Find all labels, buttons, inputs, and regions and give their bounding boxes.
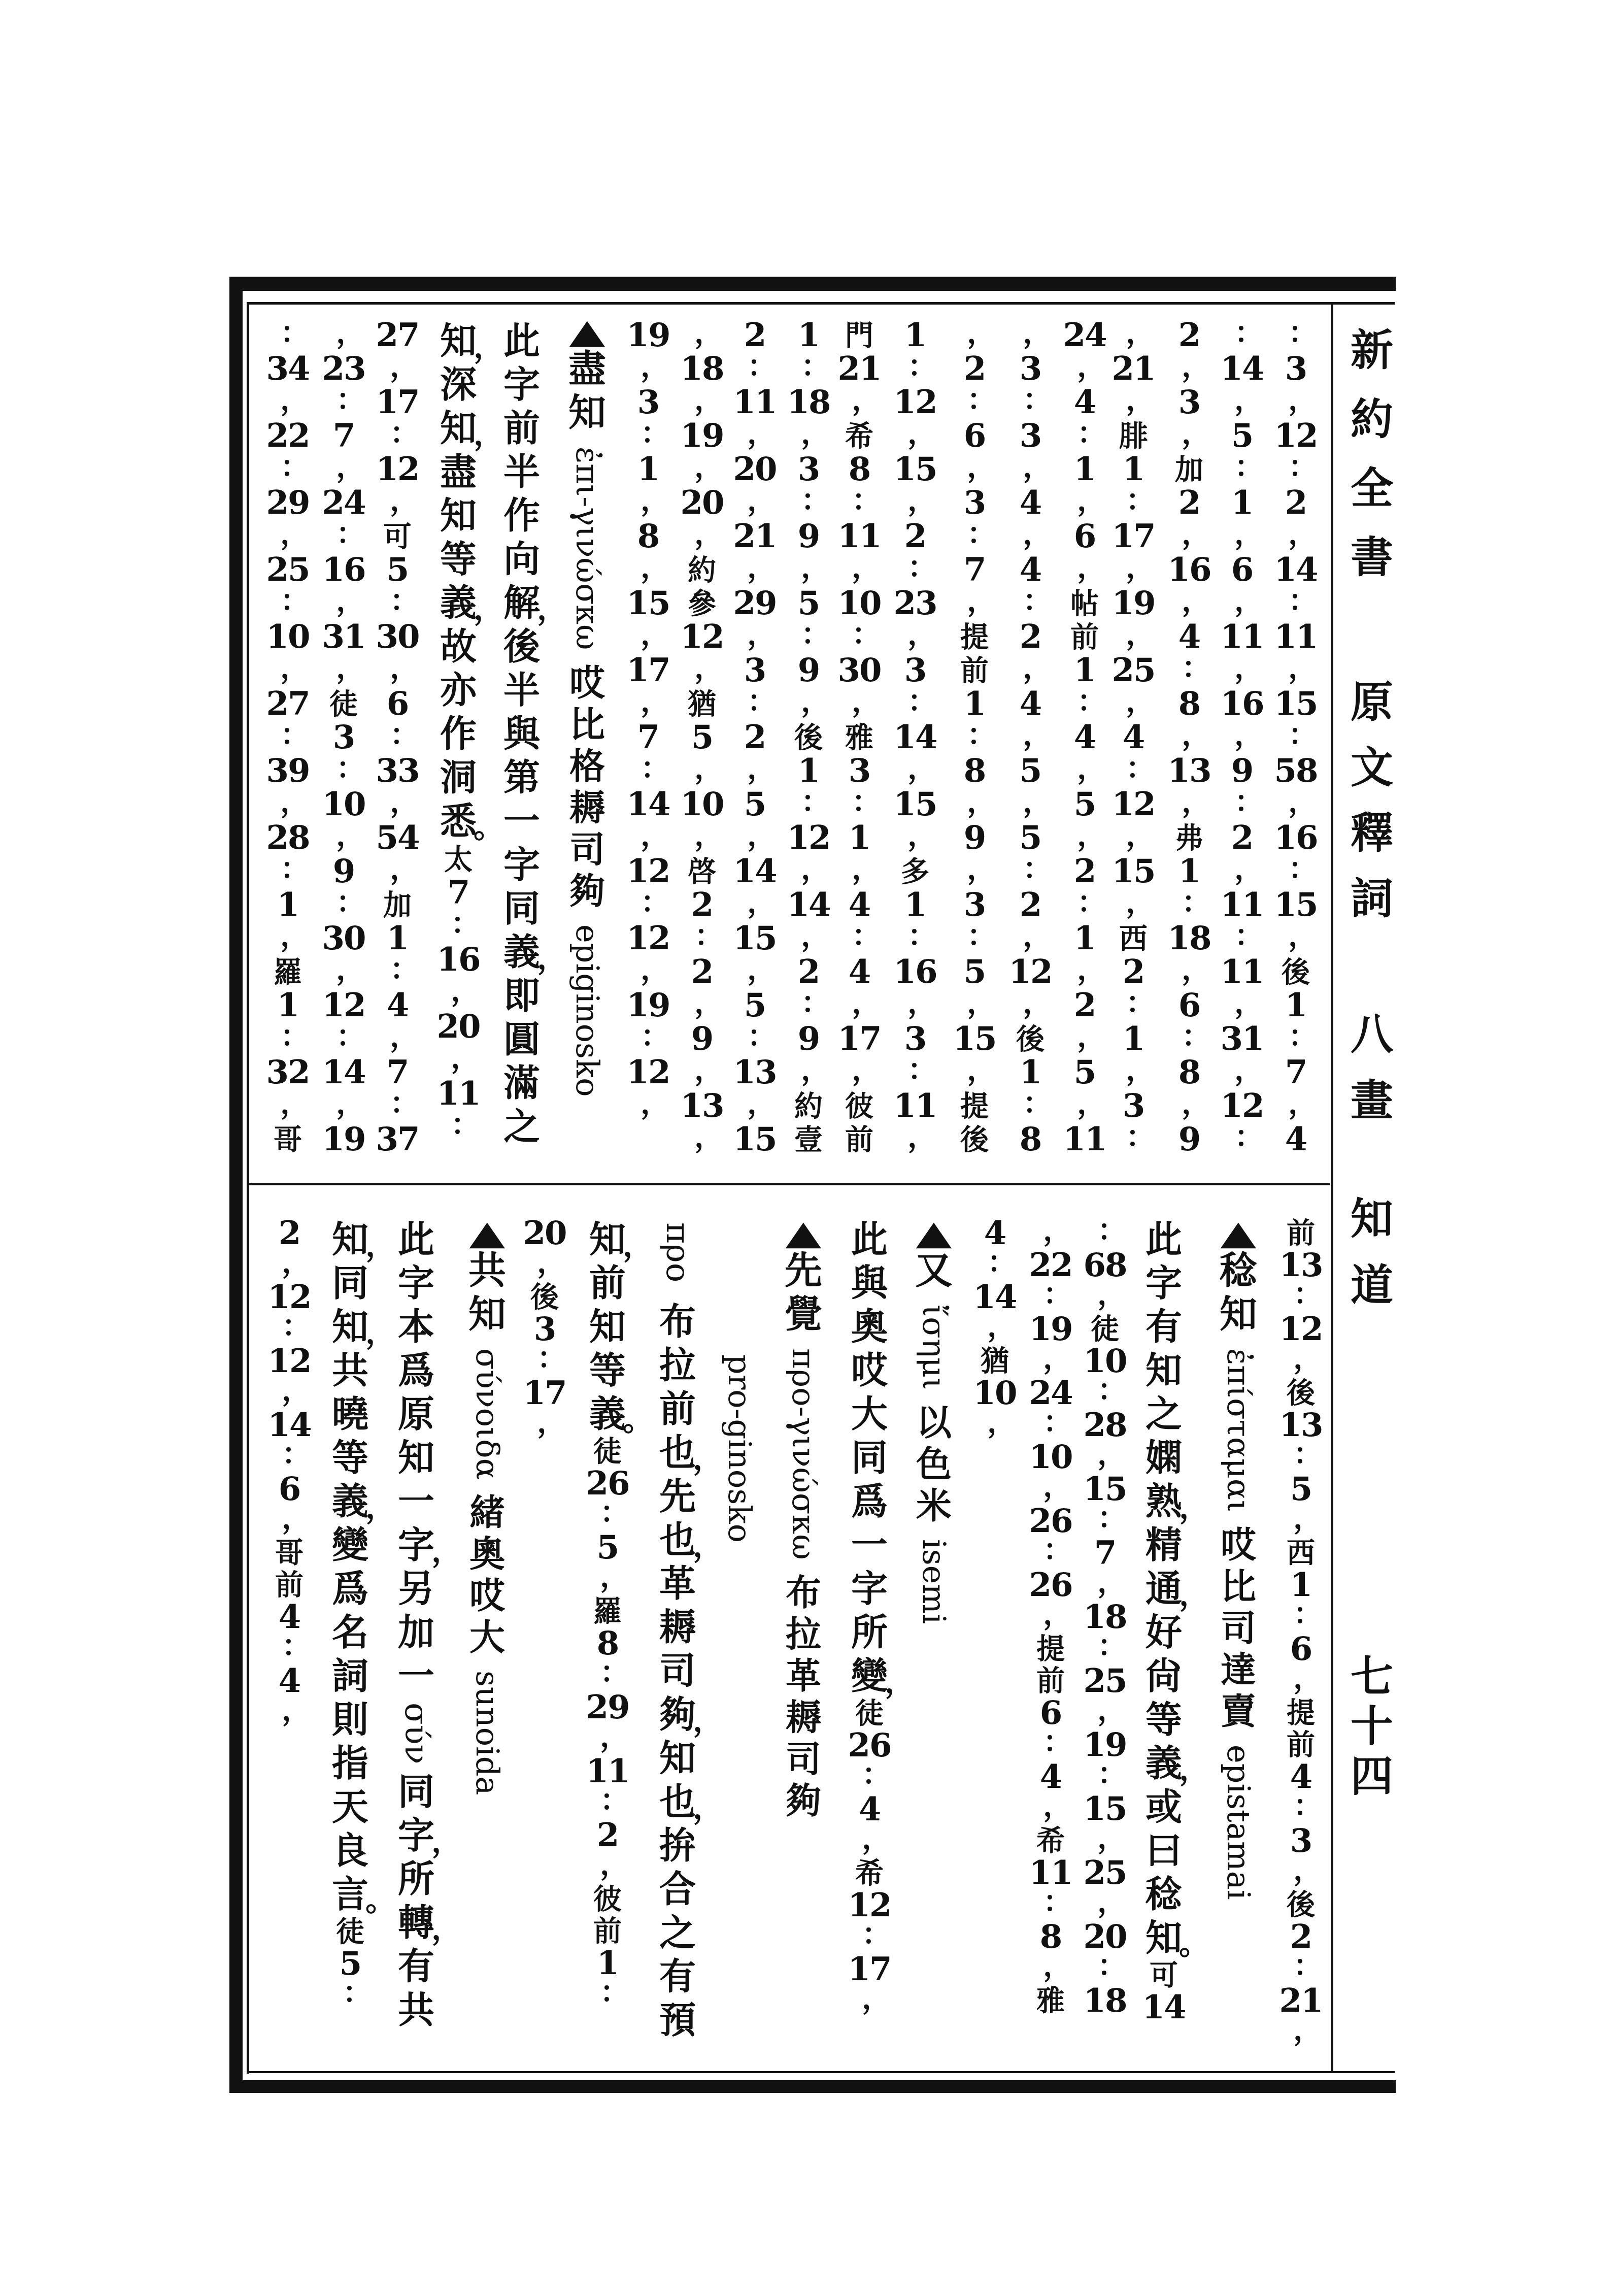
glyph-token: 知 bbox=[1146, 1916, 1182, 1959]
glyph-token: ， bbox=[282, 1246, 311, 1278]
glyph-token: 徒 bbox=[855, 1698, 884, 1729]
glyph-token: ： bbox=[537, 1342, 566, 1374]
glyph-token: 此 bbox=[851, 1217, 888, 1261]
glyph-token: 此 bbox=[398, 1217, 434, 1261]
entry-heading-gongzhi: ▲ 共知 σύνοιδα 緒奧哎大 sunoida bbox=[457, 1217, 518, 1795]
glyph-token: 詞 bbox=[332, 1654, 368, 1698]
glyph-token: ， bbox=[1293, 1662, 1323, 1694]
glyph-token: 徒 bbox=[336, 1916, 364, 1948]
entry-heading-you: ▲ 又 ἴσημι 以色米 isemi bbox=[903, 1217, 964, 1624]
glyph-token: 字 bbox=[398, 1813, 434, 1857]
glyph-token: 本 bbox=[398, 1305, 434, 1348]
lower-column-4: ：68，徒10：28，15：7，18：25，19：15，25，20：18 bbox=[1074, 1217, 1135, 2017]
glyph-token: 知 bbox=[589, 1217, 626, 1261]
glyph-token: 大 bbox=[851, 1392, 888, 1436]
glyph-token: 尙 bbox=[1146, 1654, 1182, 1698]
glyph-token: ἐπίσταμαι bbox=[1223, 1348, 1254, 1512]
glyph-token: 同 bbox=[398, 1770, 434, 1813]
glyph-token: ： bbox=[862, 1918, 891, 1950]
glyph-token: 色 bbox=[916, 1444, 952, 1485]
glyph-token: 原 bbox=[398, 1392, 434, 1436]
glyph-token: epistamai bbox=[1223, 1745, 1254, 1900]
glyph-token: 後 bbox=[1287, 1377, 1315, 1409]
glyph-token: 希 bbox=[855, 1857, 884, 1889]
glyph-token: 指 bbox=[332, 1741, 368, 1785]
glyph-token: 有 bbox=[1146, 1305, 1182, 1348]
glyph-token: ： bbox=[987, 1246, 1017, 1278]
glyph-token: 前 bbox=[1287, 1729, 1315, 1761]
glyph-token: 米 bbox=[916, 1485, 952, 1527]
glyph-token: 曉 bbox=[332, 1392, 368, 1436]
glyph-token: 也 bbox=[659, 1518, 696, 1561]
glyph-token: 變 bbox=[332, 1523, 368, 1567]
glyph-token: 一 bbox=[851, 1523, 888, 1567]
glyph-token: ： bbox=[1293, 1438, 1323, 1470]
glyph-token: ： bbox=[600, 1784, 629, 1816]
glyph-token: 提 bbox=[1036, 1633, 1065, 1665]
glyph-token: 熟 bbox=[1146, 1479, 1182, 1523]
glyph-token: ： bbox=[1043, 1406, 1072, 1438]
glyph-token: ， bbox=[1293, 1854, 1323, 1886]
glyph-token: 羅 bbox=[593, 1595, 622, 1627]
glyph-token: 嫻 bbox=[1146, 1436, 1182, 1479]
glyph-token: 徒 bbox=[1091, 1313, 1119, 1345]
glyph-token: isemi bbox=[918, 1539, 950, 1624]
glyph-token: 前 bbox=[275, 1569, 304, 1601]
glyph-token: ， bbox=[282, 1374, 311, 1406]
glyph-token: 共 bbox=[398, 1988, 434, 2032]
glyph-token: ： bbox=[1293, 1950, 1323, 1982]
glyph-token: ： bbox=[1097, 1630, 1127, 1662]
glyph-token: ， bbox=[600, 1560, 629, 1592]
glyph-token: ， bbox=[1293, 1342, 1323, 1374]
glyph-token: 預 bbox=[659, 1998, 696, 2042]
glyph-token: 知 bbox=[332, 1217, 368, 1261]
glyph-token: 西 bbox=[1287, 1537, 1315, 1569]
glyph-token: ， bbox=[1293, 1502, 1323, 1534]
glyph-token: ， bbox=[1097, 1822, 1127, 1854]
glyph-token: 則 bbox=[332, 1698, 368, 1741]
glyph-token: ： bbox=[600, 1656, 629, 1688]
glyph-token: 哎 bbox=[1221, 1524, 1256, 1566]
glyph-token: 與 bbox=[851, 1261, 888, 1305]
glyph-token: ： bbox=[1293, 1278, 1323, 1310]
glyph-token: 義 bbox=[332, 1479, 368, 1523]
glyph-token: ， bbox=[1097, 1438, 1127, 1470]
glyph-token: 可 bbox=[1150, 1959, 1178, 1991]
glyph-token: 字 bbox=[1146, 1261, 1182, 1305]
glyph-token: ： bbox=[1097, 1502, 1127, 1534]
glyph-token: 爲 bbox=[332, 1567, 368, 1610]
glyph-token: ： bbox=[862, 1758, 891, 1790]
lower-column-13: 20，後3：17， bbox=[514, 1217, 575, 1441]
glyph-token: 等 bbox=[589, 1348, 626, 1392]
glyph-token: 前 bbox=[589, 1261, 626, 1305]
glyph-token: ， bbox=[1043, 1342, 1072, 1374]
glyph-token: 爲 bbox=[398, 1348, 434, 1392]
glyph-token: 哎 bbox=[851, 1348, 888, 1392]
glyph-token: 雅 bbox=[1036, 1985, 1065, 2017]
glyph-token: ， bbox=[282, 1502, 311, 1534]
glyph-token: 希 bbox=[1036, 1825, 1065, 1857]
glyph-token: 所 bbox=[398, 1857, 434, 1901]
glyph-token: ， bbox=[1097, 1278, 1127, 1310]
glyph-token: ， bbox=[537, 1406, 566, 1438]
glyph-token: 14 bbox=[1142, 1991, 1185, 2023]
glyph-token: 知 bbox=[589, 1305, 626, 1348]
glyph-token: 知 bbox=[332, 1305, 368, 1348]
glyph-token: ἴσημι bbox=[918, 1305, 950, 1390]
glyph-token: 一 bbox=[398, 1479, 434, 1523]
glyph-token: 所 bbox=[851, 1610, 888, 1654]
glyph-token: 前 bbox=[659, 1387, 696, 1430]
glyph-token: ， bbox=[282, 1694, 311, 1726]
glyph-token: 覺 bbox=[785, 1292, 822, 1336]
glyph-token: 合 bbox=[659, 1867, 696, 1911]
glyph-token: 18 bbox=[1083, 1985, 1126, 2017]
glyph-token: 奧 bbox=[469, 1534, 505, 1575]
glyph-token: 義 bbox=[1146, 1741, 1182, 1785]
glyph-token: ， bbox=[1043, 1790, 1072, 1822]
glyph-token: sunoida bbox=[471, 1671, 503, 1795]
glyph-token: ： bbox=[1043, 1886, 1072, 1918]
lower-column-8: 此與奧哎大同爲一字所變， 徒26：4，希12：17， bbox=[839, 1217, 900, 2017]
glyph-token: 拉 bbox=[659, 1343, 696, 1387]
glyph-token: 夠 bbox=[786, 1780, 821, 1822]
glyph-token: 轉 bbox=[398, 1901, 434, 1944]
glyph-token: προ bbox=[661, 1217, 694, 1287]
glyph-token: 知 bbox=[1146, 1348, 1182, 1392]
glyph-token: ， bbox=[600, 1720, 629, 1752]
glyph-token: ▲ bbox=[1221, 1222, 1257, 1245]
glyph-token: 好 bbox=[1146, 1610, 1182, 1654]
glyph-token: 共 bbox=[468, 1249, 506, 1292]
glyph-token: 有 bbox=[398, 1944, 434, 1988]
glyph-token: σύν bbox=[400, 1698, 432, 1770]
glyph-token: 提 bbox=[1287, 1697, 1315, 1729]
glyph-token: 知 bbox=[468, 1292, 506, 1336]
glyph-token: 奧 bbox=[851, 1305, 888, 1348]
glyph-token: σύνοιδα bbox=[471, 1348, 503, 1480]
glyph-token: ： bbox=[600, 1496, 629, 1528]
glyph-token: 字 bbox=[398, 1261, 434, 1305]
glyph-token: ， bbox=[1293, 2014, 1323, 2046]
glyph-token: 司 bbox=[659, 1649, 696, 1692]
glyph-token: 布 bbox=[659, 1300, 696, 1343]
glyph-token: 通 bbox=[1146, 1567, 1182, 1610]
glyph-token: 後 bbox=[530, 1281, 559, 1313]
glyph-token: 也 bbox=[659, 1780, 696, 1823]
lower-column-12: 知，前知等義。 徒26：5，羅8：29，11：2，彼前1： bbox=[577, 1217, 638, 2011]
glyph-token: 拉 bbox=[786, 1614, 821, 1655]
glyph-token: ： bbox=[1043, 1726, 1072, 1758]
glyph-token: 又 bbox=[915, 1249, 953, 1292]
glyph-token: ： bbox=[1043, 1278, 1072, 1310]
glyph-token: 等 bbox=[1146, 1698, 1182, 1741]
glyph-token: ， bbox=[862, 1982, 891, 2014]
glyph-token: 以 bbox=[916, 1402, 952, 1444]
lower-tier: 前13：12，後13：5，西1：6，提前4：3，後2：21， ▲ 稔知 ἐπίσ… bbox=[0, 0, 1617, 2296]
glyph-token: 之 bbox=[659, 1911, 696, 1954]
glyph-token: ： bbox=[1293, 1790, 1323, 1822]
glyph-token: 賣 bbox=[1221, 1691, 1256, 1733]
glyph-token: 一 bbox=[398, 1654, 434, 1698]
glyph-token: 後 bbox=[1287, 1889, 1315, 1921]
glyph-token: ▲ bbox=[469, 1222, 506, 1245]
glyph-token: 拚 bbox=[659, 1823, 696, 1867]
glyph-token: 大 bbox=[469, 1617, 505, 1658]
glyph-token: ， bbox=[1043, 1214, 1072, 1246]
glyph-token: 另 bbox=[398, 1567, 434, 1610]
glyph-token: 司 bbox=[786, 1739, 821, 1780]
glyph-token: 同 bbox=[851, 1436, 888, 1479]
lower-column-5: ，22：19，24：10，26：26，提前6：4，希11：8，雅 bbox=[1020, 1217, 1081, 2017]
glyph-token: 前 bbox=[1036, 1665, 1065, 1697]
glyph-token: ， bbox=[1097, 1886, 1127, 1918]
glyph-token: 猶 bbox=[981, 1345, 1009, 1377]
glyph-token: 言 bbox=[332, 1872, 368, 1916]
glyph-token: 緒 bbox=[469, 1492, 505, 1534]
glyph-token: 夠 bbox=[659, 1692, 696, 1736]
glyph-token: 司 bbox=[1221, 1608, 1256, 1649]
glyph-token: 天 bbox=[332, 1785, 368, 1828]
glyph-token: 徒 bbox=[593, 1436, 622, 1468]
glyph-token: 也 bbox=[659, 1430, 696, 1474]
glyph-token: ， bbox=[600, 1848, 629, 1880]
glyph-token: ： bbox=[1097, 1758, 1127, 1790]
glyph-token: 精 bbox=[1146, 1523, 1182, 1567]
glyph-token: ： bbox=[1097, 1214, 1127, 1246]
glyph-token: ， bbox=[1043, 1598, 1072, 1630]
glyph-token: 曰 bbox=[1146, 1828, 1182, 1872]
glyph-token: ： bbox=[282, 1630, 311, 1662]
glyph-token: 有 bbox=[659, 1954, 696, 1998]
glyph-token: ▲ bbox=[786, 1222, 822, 1245]
glyph-token: 加 bbox=[398, 1610, 434, 1654]
entry-heading-renzhi: ▲ 稔知 ἐπίσταμαι 哎比司達賣 epistamai bbox=[1208, 1217, 1269, 1900]
glyph-token: 耨 bbox=[659, 1605, 696, 1649]
glyph-token: ， bbox=[1043, 1950, 1072, 1982]
glyph-token: 比 bbox=[1221, 1566, 1256, 1608]
glyph-token: ， bbox=[987, 1310, 1017, 1342]
glyph-token: 字 bbox=[851, 1567, 888, 1610]
glyph-token: 共 bbox=[332, 1348, 368, 1392]
glyph-token: ： bbox=[1097, 1950, 1127, 1982]
entry-heading-xianjue: ▲ 先覺 προ-γινώσκω 布拉革耨司夠 bbox=[773, 1217, 834, 1822]
glyph-token: 名 bbox=[332, 1610, 368, 1654]
glyph-token: 良 bbox=[332, 1828, 368, 1872]
glyph-token: 稔 bbox=[1220, 1249, 1257, 1292]
glyph-token: 耨 bbox=[786, 1697, 821, 1739]
glyph-token: 革 bbox=[786, 1655, 821, 1697]
glyph-token: ， bbox=[537, 1246, 566, 1278]
lower-column-16: 知，同知，共曉等義，變爲名詞則指天良言。 徒5： bbox=[320, 1217, 381, 2012]
glyph-token: 前 bbox=[1287, 1217, 1315, 1249]
glyph-token: ： bbox=[282, 1310, 311, 1342]
glyph-token: 爲 bbox=[851, 1479, 888, 1523]
lower-column-1: 前13：12，後13：5，西1：6，提前4：3，後2：21， bbox=[1270, 1217, 1331, 2049]
glyph-token: 稔 bbox=[1146, 1872, 1182, 1916]
glyph-token: 等 bbox=[332, 1436, 368, 1479]
glyph-token: ： bbox=[1097, 1374, 1127, 1406]
glyph-token: ， bbox=[987, 1406, 1017, 1438]
lower-column-3: 此字有知之嫻熟，精通，好尙等義，或曰稔知。 可14 bbox=[1133, 1217, 1194, 2023]
lower-column-17: 2，12：12，14：6，哥前4：4， bbox=[259, 1217, 320, 1729]
glyph-token: 同 bbox=[332, 1261, 368, 1305]
lower-column-11: προ 布拉前也，先也，革耨司夠，知也，拚合之有預 bbox=[647, 1217, 708, 2042]
glyph-token: 哥 bbox=[275, 1537, 304, 1569]
glyph-token: ： bbox=[343, 1977, 372, 2009]
glyph-token: 之 bbox=[1146, 1392, 1182, 1436]
glyph-token: ： bbox=[1043, 1534, 1072, 1566]
glyph-token: 布 bbox=[786, 1572, 821, 1614]
glyph-token: ： bbox=[282, 1438, 311, 1470]
glyph-token: pro-ginosko bbox=[724, 1354, 755, 1543]
glyph-token: προ-γινώσκω bbox=[788, 1348, 819, 1560]
glyph-token: 變 bbox=[851, 1654, 888, 1698]
glyph-token: 先 bbox=[659, 1474, 696, 1518]
glyph-token: ： bbox=[1293, 1598, 1323, 1630]
glyph-token: 先 bbox=[785, 1249, 822, 1292]
glyph-token: ： bbox=[600, 1976, 629, 2008]
glyph-token: 知 bbox=[398, 1436, 434, 1479]
glyph-token: ， bbox=[1097, 1694, 1127, 1726]
glyph-token: 哎 bbox=[469, 1575, 505, 1617]
glyph-token: 革 bbox=[659, 1561, 696, 1605]
glyph-token: 達 bbox=[1221, 1649, 1256, 1691]
lower-column-6: 4：14，猶10， bbox=[964, 1217, 1025, 1441]
glyph-token: ， bbox=[1097, 1566, 1127, 1598]
glyph-token: 知 bbox=[1220, 1292, 1257, 1336]
glyph-token: 義 bbox=[589, 1392, 626, 1436]
glyph-token: ▲ bbox=[916, 1222, 952, 1245]
glyph-token: 前 bbox=[593, 1915, 622, 1947]
glyph-token: ， bbox=[862, 1822, 891, 1854]
glyph-token: 知 bbox=[659, 1736, 696, 1780]
glyph-token: 或 bbox=[1146, 1785, 1182, 1828]
glyph-token: 字 bbox=[398, 1523, 434, 1567]
glyph-token: 此 bbox=[1146, 1217, 1182, 1261]
glyph-token: ， bbox=[1043, 1470, 1072, 1502]
glyph-token: 彼 bbox=[593, 1883, 622, 1915]
